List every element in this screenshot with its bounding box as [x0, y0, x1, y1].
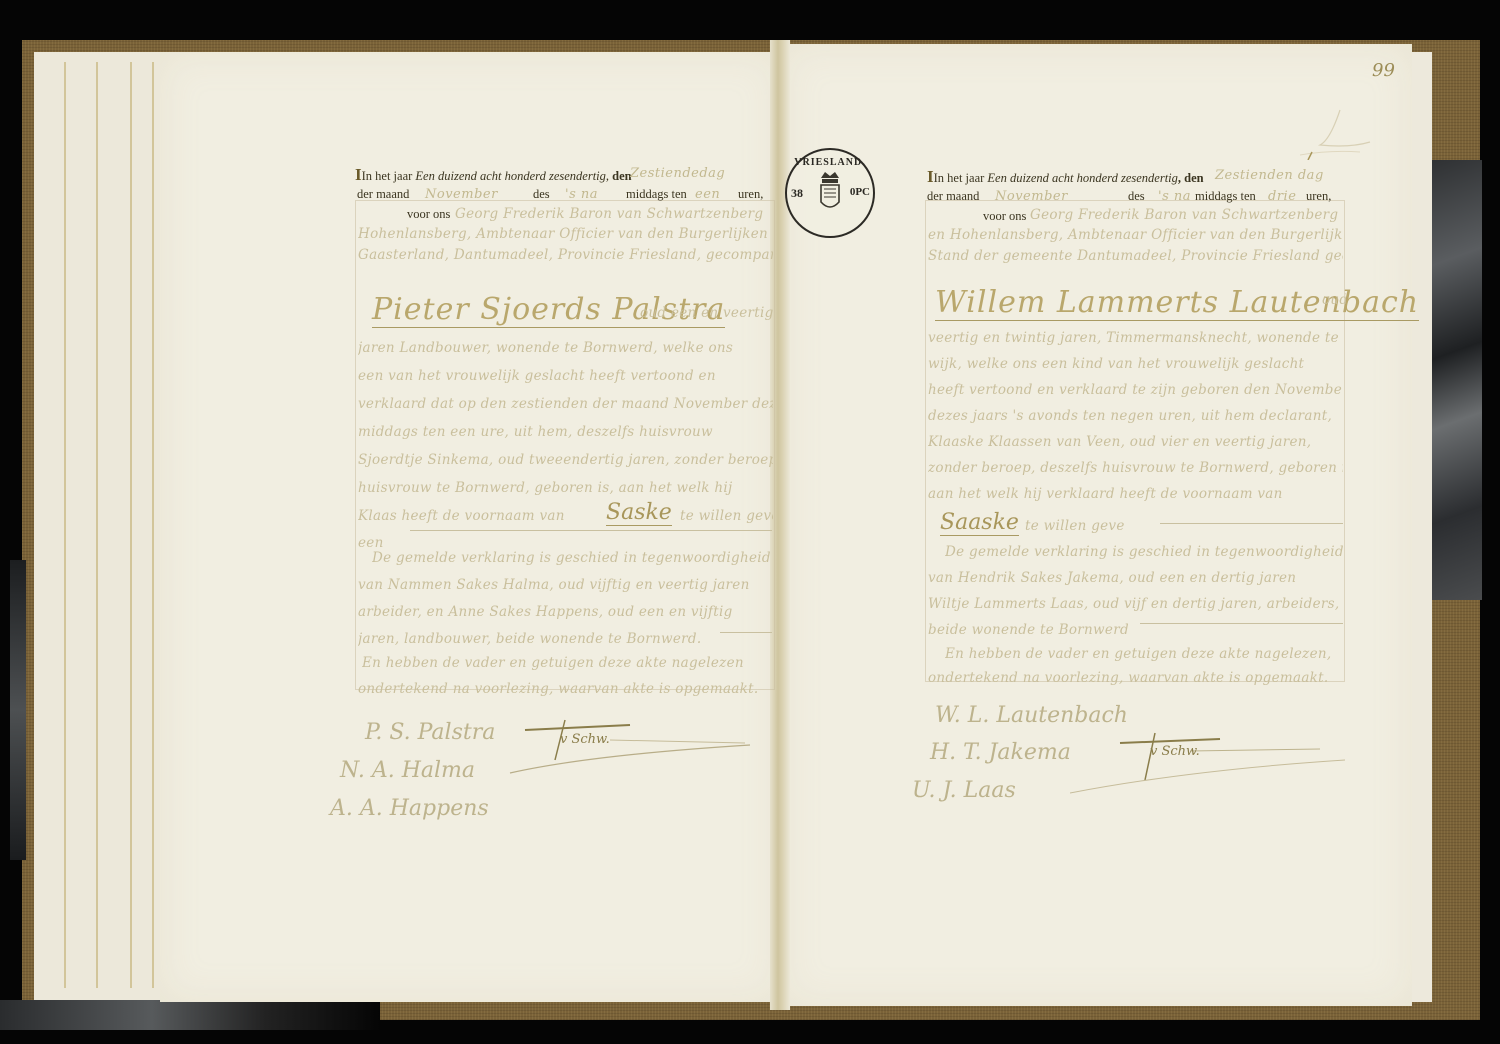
left-witness-line: van Nammen Sakes Halma, oud vijftig en v…	[358, 577, 773, 593]
right-declarant-name: Willem Lammerts Lautenbach	[935, 285, 1419, 321]
printed-den: , den	[1178, 171, 1204, 185]
left-signature-father: P. S. Palstra	[365, 720, 495, 745]
printed-den: den	[612, 169, 631, 183]
left-official-line-1: Georg Frederik Baron van Schwartzenberg	[455, 206, 773, 222]
left-witness-line: De gemelde verklaring is geschied in teg…	[372, 550, 773, 566]
left-printed-line-1: IIn het jaar Een duizend acht honderd ze…	[355, 165, 632, 185]
right-body-line: dezes jaars 's avonds ten negen uren, ui…	[928, 408, 1343, 424]
right-body-line: wijk, welke ons een kind van het vrouwel…	[928, 356, 1343, 372]
folio-flourish-icon	[1300, 100, 1380, 160]
left-printed-uren: uren,	[738, 187, 763, 202]
right-body-line: zonder beroep, deszelfs huisvrouw te Bor…	[928, 460, 1343, 476]
left-child-name: Saske	[606, 500, 672, 526]
right-fill-hour: drie	[1268, 189, 1296, 204]
right-witness-line: Wiltje Lammerts Laas, oud vijf en dertig…	[928, 596, 1343, 612]
right-witness-line: De gemelde verklaring is geschied in teg…	[945, 544, 1343, 560]
left-body-line: Klaas heeft de voornaam van	[358, 508, 598, 524]
left-body-line: jaren Landbouwer, wonende te Bornwerd, w…	[358, 340, 773, 356]
left-witness-line: En hebben de vader en getuigen deze akte…	[362, 655, 773, 671]
page-edge	[152, 62, 154, 988]
right-official-signature-flourish-icon: v Schw.	[1070, 725, 1350, 800]
printed-year: Een duizend acht honderd zesendertig	[987, 171, 1177, 185]
right-body-line: veertig en twintig jaren, Timmermansknec…	[928, 330, 1343, 346]
left-child-name-suffix: te willen geven.	[680, 508, 773, 524]
right-printed-line-1: IIn het jaar Een duizend acht honderd ze…	[927, 167, 1204, 187]
left-official-line-3: Gaasterland, Dantumadeel, Provincie Frie…	[358, 247, 773, 263]
left-witness-line: jaren, landbouwer, beide wonende te Born…	[358, 631, 718, 647]
right-fill-day: Zestienden dag	[1215, 168, 1324, 183]
printed-in-het-jaar: In het jaar	[362, 169, 413, 183]
left-printed-voor-ons: voor ons	[407, 207, 450, 222]
left-printed-middags: middags ten	[626, 187, 687, 202]
left-body-line: huisvrouw te Bornwerd, geboren is, aan h…	[358, 480, 773, 496]
stamp-left-value: 38	[791, 186, 803, 201]
left-official-signature-flourish-icon: v Schw.	[490, 715, 760, 785]
right-signature-witness-1: H. T. Jakema	[930, 740, 1071, 765]
coat-of-arms-crest-icon	[817, 172, 843, 214]
right-body-line: Klaaske Klaassen van Veen, oud vier en v…	[928, 434, 1343, 450]
stamp-right-value: 0PC	[850, 186, 870, 198]
left-body-line: oud een en veertig	[640, 305, 773, 321]
right-printed-voor-ons: voor ons	[983, 209, 1026, 224]
left-official-line-2: Hohenlansberg, Ambtenaar Officier van de…	[358, 226, 773, 242]
svg-text:v Schw.: v Schw.	[560, 732, 610, 747]
right-child-name-suffix: te willen geven.	[1025, 518, 1125, 534]
right-signature-witness-2: U. J. Laas	[912, 778, 1016, 803]
left-printed-der-maand: der maand	[357, 187, 409, 202]
right-body-line: heeft vertoond en verklaard te zijn gebo…	[928, 382, 1343, 398]
left-body-line: middags ten een ure, uit hem, deszelfs h…	[358, 424, 773, 440]
page-stack-left	[34, 52, 164, 1000]
friesland-tax-stamp: VRIESLAND. 38 0PC	[785, 148, 875, 238]
left-fill-day: Zestiendedag	[630, 166, 725, 181]
right-witness-line: ondertekend na voorlezing, waarvan akte …	[928, 670, 1343, 686]
right-official-line-1: Georg Frederik Baron van Schwartzenberg	[1030, 207, 1343, 223]
left-divider	[720, 632, 772, 633]
left-body-line: verklaard dat op den zestienden der maan…	[358, 396, 773, 412]
right-body-line: aan het welk hij verklaard heeft de voor…	[928, 486, 1343, 502]
left-divider	[410, 530, 772, 531]
page-edge	[96, 62, 98, 988]
marbled-board-bottom	[0, 1000, 380, 1030]
left-fill-part-of-day: 's na	[565, 187, 598, 202]
left-body-line: een van het vrouwelijk geslacht heeft ve…	[358, 368, 773, 384]
page-edge	[64, 62, 66, 988]
right-divider	[1160, 523, 1343, 524]
folio-number: 99	[1372, 60, 1395, 81]
right-printed-des: des	[1128, 189, 1145, 204]
right-body-line: oud	[1322, 292, 1346, 308]
right-witness-line: van Hendrik Sakes Jakema, oud een en der…	[928, 570, 1343, 586]
right-divider	[1140, 623, 1343, 624]
right-printed-middags: middags ten	[1195, 189, 1256, 204]
left-signature-witness-1: N. A. Halma	[340, 758, 475, 783]
right-child-name: Saaske	[940, 510, 1019, 536]
right-printed-uren: uren,	[1306, 189, 1331, 204]
printed-in-het-jaar: In het jaar	[934, 171, 985, 185]
left-fill-month: November	[425, 187, 498, 202]
printed-year: Een duizend acht honderd zesendertig,	[415, 169, 609, 183]
right-fill-part-of-day: 's na	[1158, 189, 1191, 204]
stamp-province-text: VRIESLAND.	[787, 157, 873, 168]
left-signature-witness-2: A. A. Happens	[330, 796, 489, 821]
right-witness-line: beide wonende te Bornwerd.	[928, 622, 1128, 638]
right-fill-month: November	[995, 189, 1068, 204]
page-edge	[130, 62, 132, 988]
right-witness-line: En hebben de vader en getuigen deze akte…	[945, 646, 1343, 662]
marbled-board-left	[10, 560, 26, 860]
right-official-line-2: en Hohenlansberg, Ambtenaar Officier van…	[928, 227, 1343, 243]
left-witness-line: arbeider, en Anne Sakes Happens, oud een…	[358, 604, 773, 620]
left-body-line: Sjoerdtje Sinkema, oud tweeendertig jare…	[358, 452, 773, 468]
left-fill-hour: een	[695, 187, 720, 202]
left-body-line: een	[358, 535, 398, 551]
right-printed-der-maand: der maand	[927, 189, 979, 204]
svg-text:v Schw.: v Schw.	[1150, 744, 1200, 759]
right-official-line-3: Stand der gemeente Dantumadeel, Provinci…	[928, 248, 1343, 264]
left-printed-des: des	[533, 187, 550, 202]
left-witness-line: ondertekend na voorlezing, waarvan akte …	[358, 681, 773, 697]
